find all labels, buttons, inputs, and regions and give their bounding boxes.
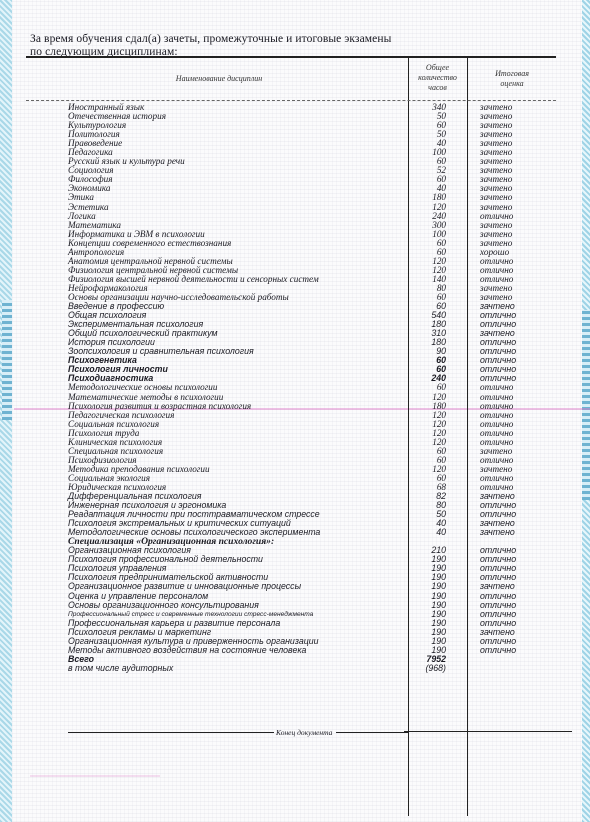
table-row: в том числе аудиторных(968) — [0, 664, 590, 673]
header-grade: Итоговая оценка — [468, 69, 556, 89]
intro-line-1: За время обучения сдал(а) зачеты, промеж… — [30, 33, 391, 46]
discipline-name: в том числе аудиторных — [68, 664, 173, 673]
header-discipline: Наименование дисциплин — [30, 74, 408, 84]
end-rule-left — [68, 732, 274, 733]
discipline-name: Методы активного воздействия на состояни… — [68, 646, 306, 655]
hours-value: (968) — [412, 664, 446, 673]
header-bottom-rule — [26, 100, 556, 101]
table-top-rule — [26, 56, 556, 58]
table-bottom-rule — [404, 731, 572, 732]
discipline-table-body: Иностранный язык340зачтеноОтечественная … — [0, 103, 590, 673]
header-hours: Общее количество часов — [408, 63, 467, 93]
grade-value: отлично — [480, 646, 516, 655]
hours-value: 40 — [412, 528, 446, 537]
discipline-name: Основы организационного консультирования — [68, 601, 259, 610]
end-rule-right — [336, 732, 408, 733]
watermark-smudge — [30, 775, 160, 777]
grade-value: зачтено — [480, 528, 515, 537]
end-of-document-label: Конец документа — [276, 728, 332, 737]
